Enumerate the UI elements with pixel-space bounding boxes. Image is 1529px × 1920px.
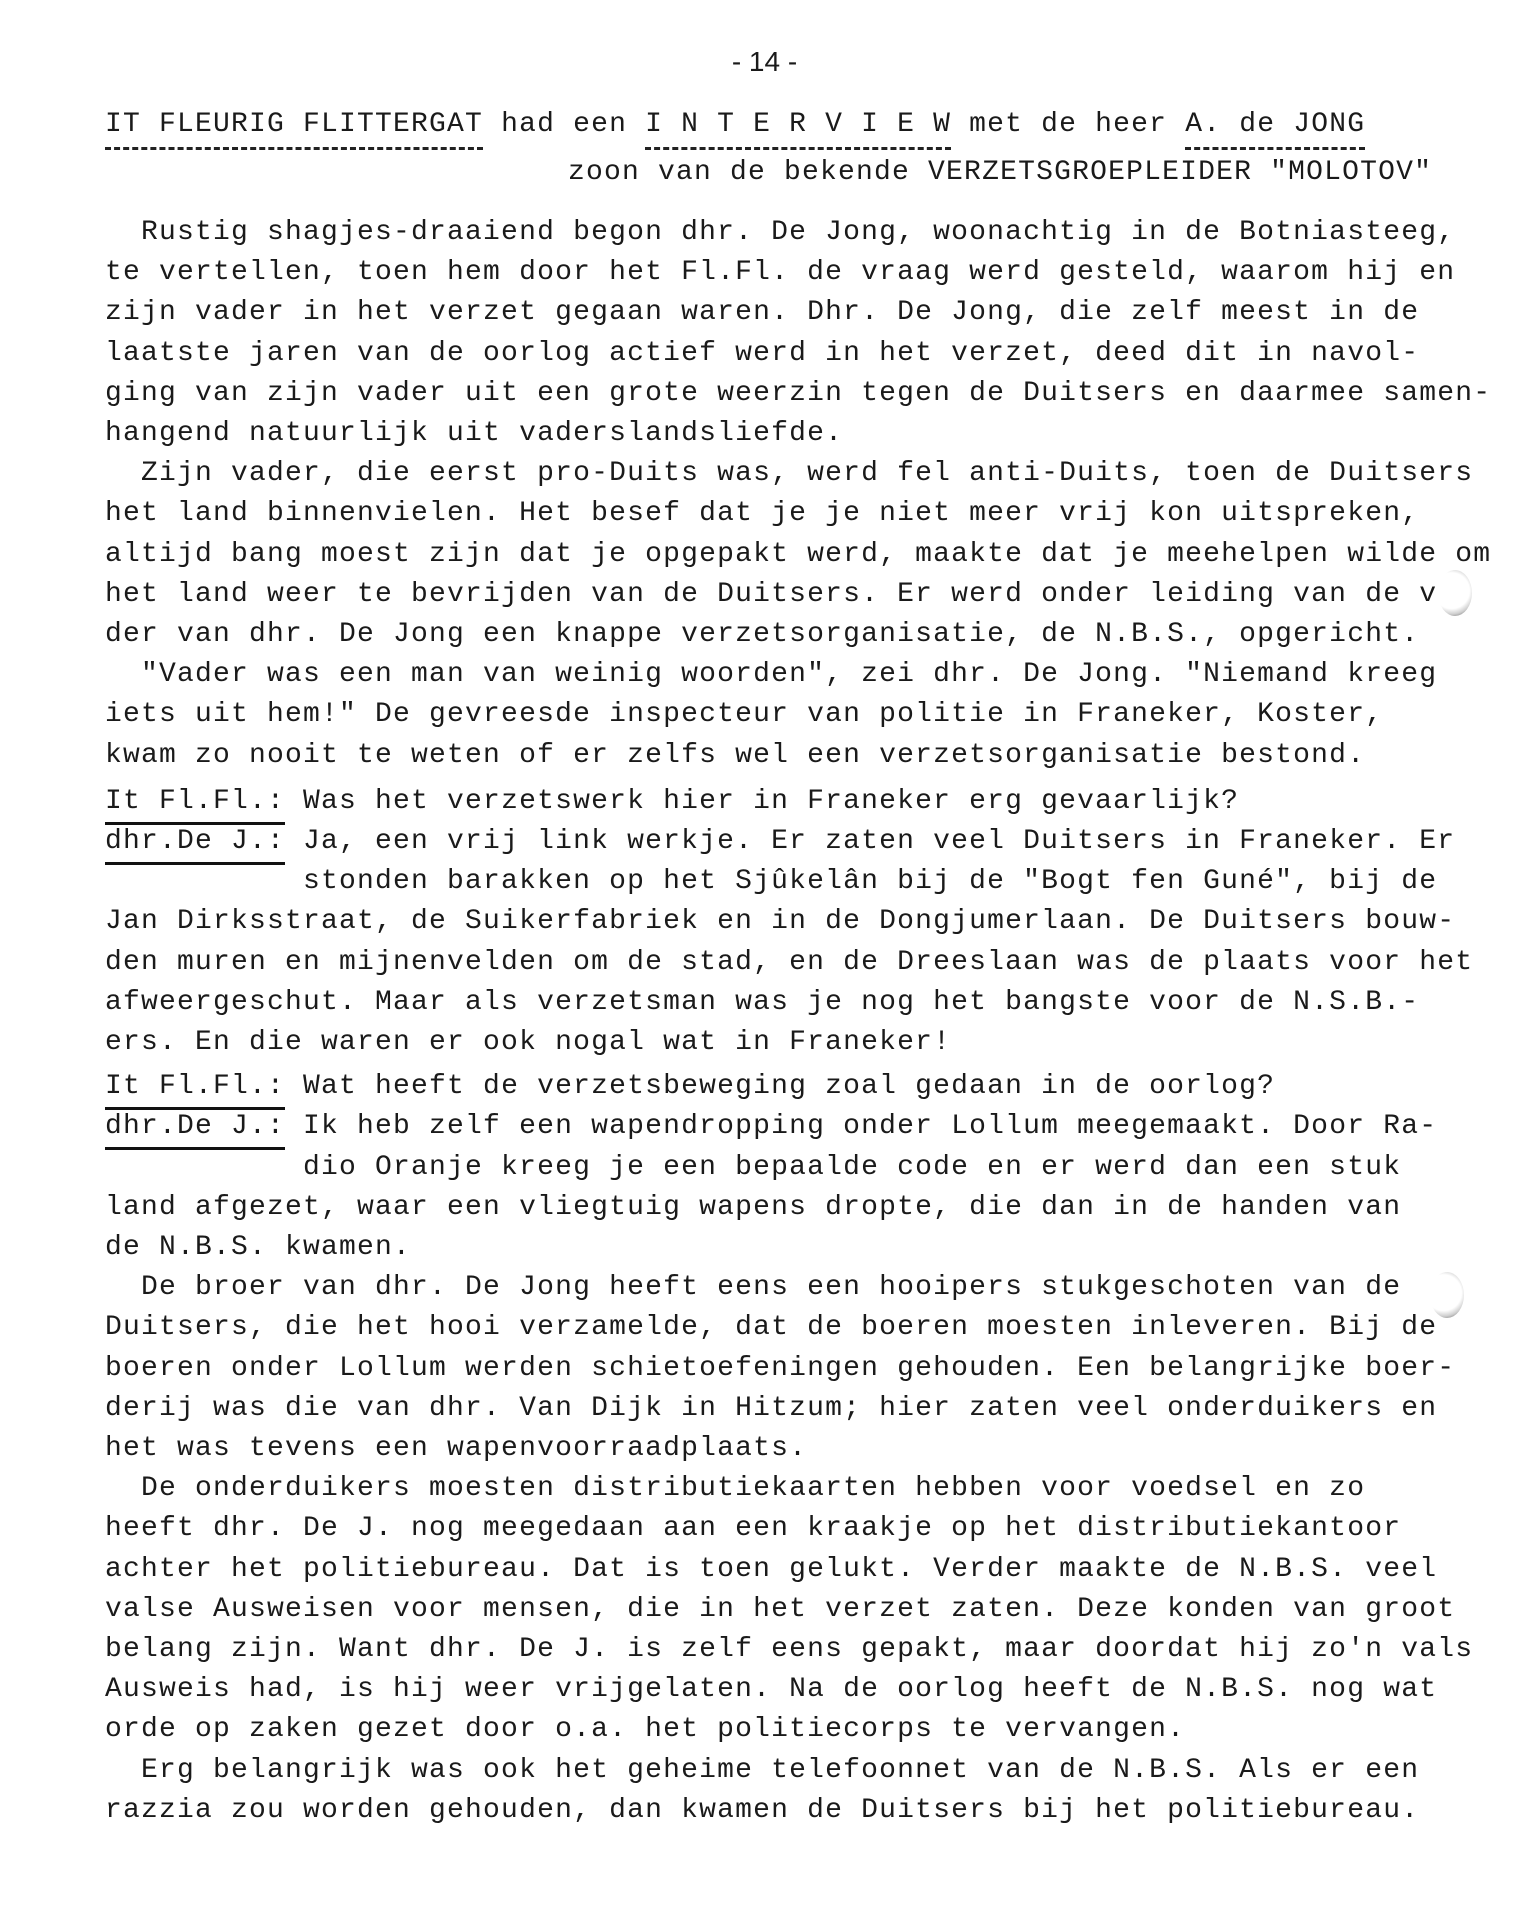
page-number: - 14 - — [0, 46, 1529, 78]
text-line: orde op zaken gezet door o.a. het politi… — [105, 1713, 1185, 1747]
text-line: valse Ausweisen voor mensen, die in het … — [105, 1593, 1455, 1627]
dialogue-line: dhr.De J.: Ik heb zelf een wapendropping… — [105, 1110, 1437, 1144]
text-line: der van dhr. De Jong een knappe verzetso… — [105, 618, 1419, 652]
text-line: altijd bang moest zijn dat je opgepakt w… — [105, 538, 1491, 572]
speaker-label: dhr.De J.: — [105, 825, 285, 859]
dialogue-text: Was het verzetswerk hier in Franeker erg… — [285, 786, 1239, 817]
dialogue-line: It Fl.Fl.: Was het verzetswerk hier in F… — [105, 785, 1239, 819]
dialogue-text: Wat heeft de verzetsbeweging zoal gedaan… — [285, 1071, 1275, 1102]
text-line: zijn vader in het verzet gegaan waren. D… — [105, 296, 1419, 330]
text-line: "Vader was een man van weinig woorden", … — [105, 658, 1437, 692]
punch-hole — [1430, 1272, 1464, 1318]
text-line: het land binnenvielen. Het besef dat je … — [105, 497, 1419, 531]
punch-hole — [1438, 570, 1472, 616]
speaker-label: It Fl.Fl.: — [105, 1070, 285, 1104]
newspaper-title: IT FLEURIG FLITTERGAT — [105, 108, 483, 142]
text-line: dio Oranje kreeg je een bepaalde code en… — [105, 1151, 1401, 1185]
dialogue-text: Ik heb zelf een wapendropping onder Loll… — [285, 1111, 1437, 1142]
dialogue-line: It Fl.Fl.: Wat heeft de verzetsbeweging … — [105, 1070, 1275, 1104]
text-line: ging van zijn vader uit een grote weerzi… — [105, 377, 1491, 411]
document-page: - 14 - IT FLEURIG FLITTERGAT had een I N… — [0, 0, 1529, 1920]
text-line: ers. En die waren er ook nogal wat in Fr… — [105, 1026, 951, 1060]
text-line: Jan Dirksstraat, de Suikerfabriek en in … — [105, 905, 1455, 939]
text-line: het was tevens een wapenvoorraadplaats. — [105, 1432, 807, 1466]
text-line: laatste jaren van de oorlog actief werd … — [105, 337, 1419, 371]
text-line: stonden barakken op het Sjûkelân bij de … — [105, 865, 1437, 899]
text-line: Erg belangrijk was ook het geheime telef… — [105, 1754, 1419, 1788]
text-line: razzia zou worden gehouden, dan kwamen d… — [105, 1794, 1419, 1828]
text-line: boeren onder Lollum werden schietoefenin… — [105, 1352, 1455, 1386]
interviewee-name: A. de JONG — [1185, 108, 1365, 142]
text-line: Zijn vader, die eerst pro-Duits was, wer… — [105, 457, 1473, 491]
text-line: Rustig shagjes-draaiend begon dhr. De Jo… — [105, 216, 1455, 250]
speaker-label: dhr.De J.: — [105, 1110, 285, 1144]
heading-text: met de heer — [951, 109, 1185, 140]
text-line: Duitsers, die het hooi verzamelde, dat d… — [105, 1311, 1437, 1345]
dialogue-line: dhr.De J.: Ja, een vrij link werkje. Er … — [105, 825, 1455, 859]
text-line: belang zijn. Want dhr. De J. is zelf een… — [105, 1633, 1473, 1667]
text-line: afweergeschut. Maar als verzetsman was j… — [105, 986, 1419, 1020]
heading-line-2: zoon van de bekende VERZETSGROEPLEIDER "… — [568, 156, 1432, 190]
text-line: de N.B.S. kwamen. — [105, 1231, 411, 1265]
text-line: het land weer te bevrijden van de Duitse… — [105, 578, 1473, 612]
text-line: achter het politiebureau. Dat is toen ge… — [105, 1553, 1437, 1587]
text-line: den muren en mijnenvelden om de stad, en… — [105, 946, 1473, 980]
interview-label: I N T E R V I E W — [645, 108, 951, 142]
speaker-label: It Fl.Fl.: — [105, 785, 285, 819]
heading-line-1: IT FLEURIG FLITTERGAT had een I N T E R … — [105, 108, 1365, 142]
text-line: De onderduikers moesten distributiekaart… — [105, 1472, 1365, 1506]
text-line: kwam zo nooit te weten of er zelfs wel e… — [105, 739, 1365, 773]
dialogue-text: Ja, een vrij link werkje. Er zaten veel … — [285, 826, 1455, 857]
text-line: De broer van dhr. De Jong heeft eens een… — [105, 1271, 1401, 1305]
text-line: te vertellen, toen hem door het Fl.Fl. d… — [105, 256, 1455, 290]
text-line: hangend natuurlijk uit vaderslandsliefde… — [105, 417, 843, 451]
text-line: land afgezet, waar een vliegtuig wapens … — [105, 1191, 1401, 1225]
text-line: iets uit hem!" De gevreesde inspecteur v… — [105, 698, 1383, 732]
heading-text: had een — [483, 109, 645, 140]
text-line: derij was die van dhr. Van Dijk in Hitzu… — [105, 1392, 1437, 1426]
text-line: heeft dhr. De J. nog meegedaan aan een k… — [105, 1512, 1401, 1546]
text-line: Ausweis had, is hij weer vrijgelaten. Na… — [105, 1673, 1437, 1707]
